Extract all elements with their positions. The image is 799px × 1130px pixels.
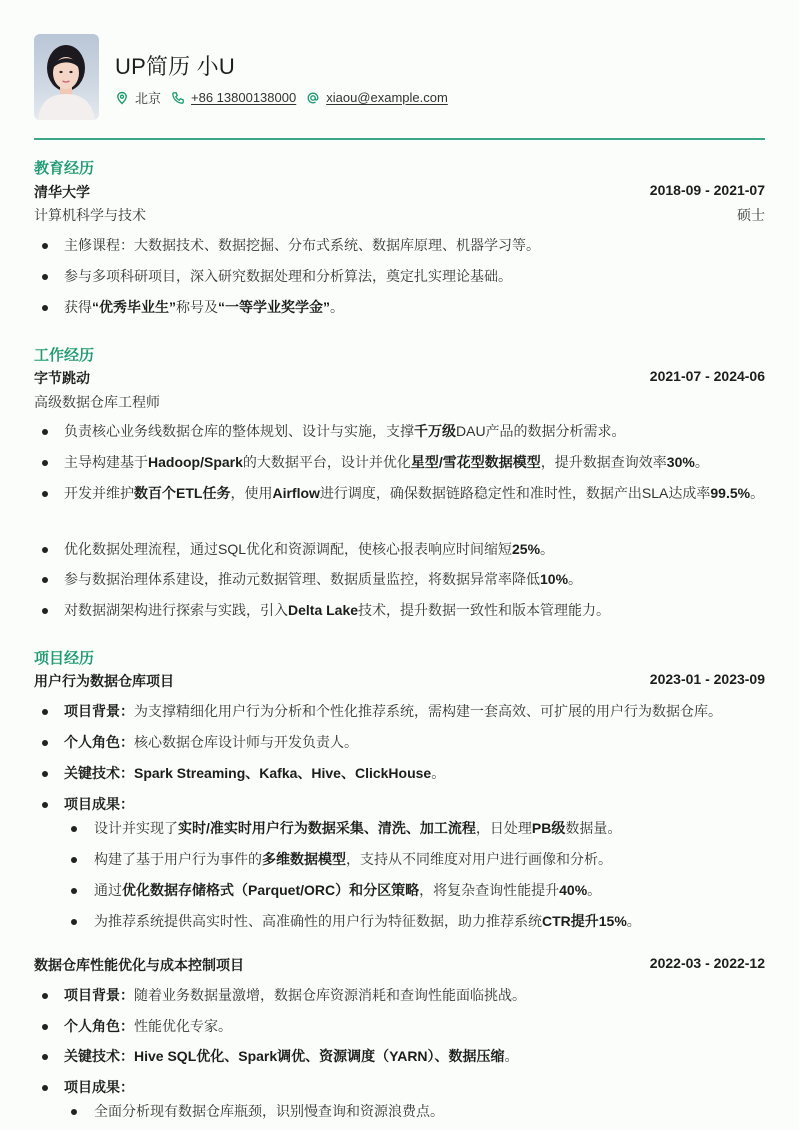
project-bullet: 项目背景：随着业务数据量激增，数据仓库资源消耗和查询性能面临挑战。: [34, 983, 765, 1007]
project-header-row: 用户行为数据仓库项目 2023-01 - 2023-09: [34, 671, 765, 691]
project-header-row: 数据仓库性能优化与成本控制项目 2022-03 - 2022-12: [34, 955, 765, 975]
work-bullet: 参与数据治理体系建设，推动元数据管理、数据质量监控，将数据异常率降低10%。: [34, 567, 765, 591]
project-name: 用户行为数据仓库项目: [34, 671, 174, 691]
email-item[interactable]: xiaou@example.com: [306, 90, 448, 105]
resume-header: UP简历 小U 北京 +86 13800138000: [34, 0, 765, 138]
project-dates: 2022-03 - 2022-12: [650, 955, 765, 975]
location-text: 北京: [135, 88, 161, 107]
project-bullet: 项目成果：: [34, 1075, 765, 1099]
education-dates: 2018-09 - 2021-07: [650, 182, 765, 202]
job-title: 高级数据仓库工程师: [34, 392, 160, 412]
education-bullet: 参与多项科研项目，深入研究数据处理和分析算法，奠定扎实理论基础。: [34, 264, 765, 288]
location-pin-icon: [115, 91, 129, 105]
work-bullet: 负责核心业务线数据仓库的整体规划、设计与实施，支撑千万级DAU产品的数据分析需求…: [34, 419, 765, 443]
candidate-name: UP简历 小U: [115, 50, 235, 81]
project-sub-bullet: 全面分析现有数据仓库瓶颈，识别慢查询和资源浪费点。: [34, 1099, 765, 1123]
education-header-row: 清华大学 2018-09 - 2021-07: [34, 182, 765, 202]
project-bullet: 关键技术：Hive SQL优化、Spark调优、资源调度（YARN）、数据压缩。: [34, 1044, 765, 1068]
project-bullet: 关键技术：Spark Streaming、Kafka、Hive、ClickHou…: [34, 761, 765, 785]
section-title-projects: 项目经历: [34, 647, 94, 668]
education-bullet: 获得“优秀毕业生”称号及“一等学业奖学金”。: [34, 295, 765, 319]
work-sub-row: 高级数据仓库工程师: [34, 392, 765, 412]
work-bullet: 主导构建基于Hadoop/Spark的大数据平台，设计并优化星型/雪花型数据模型…: [34, 450, 765, 474]
company-name: 字节跳动: [34, 368, 90, 388]
project-bullet: 项目背景：为支撑精细化用户行为分析和个性化推荐系统，需构建一套高效、可扩展的用户…: [34, 699, 765, 723]
project-sub-bullet: 构建了基于用户行为事件的多维数据模型，支持从不同维度对用户进行画像和分析。: [34, 847, 765, 871]
project-bullet: 个人角色：核心数据仓库设计师与开发负责人。: [34, 730, 765, 754]
education-bullet: 主修课程：大数据技术、数据挖掘、分布式系统、数据库原理、机器学习等。: [34, 233, 765, 257]
major: 计算机科学与技术: [34, 205, 146, 225]
phone-item[interactable]: +86 13800138000: [171, 90, 296, 105]
work-dates: 2021-07 - 2024-06: [650, 368, 765, 388]
email-link[interactable]: xiaou@example.com: [326, 90, 448, 105]
section-title-education: 教育经历: [34, 157, 94, 178]
contact-info: 北京 +86 13800138000 xiaou@example.com: [115, 88, 458, 107]
at-sign-icon: [306, 91, 320, 105]
work-bullet: 对数据湖架构进行探索与实践，引入Delta Lake技术，提升数据一致性和版本管…: [34, 598, 765, 622]
project-sub-bullet: 通过优化数据存储格式（Parquet/ORC）和分区策略，将复杂查询性能提升40…: [34, 878, 765, 902]
project-name: 数据仓库性能优化与成本控制项目: [34, 955, 244, 975]
location-item: 北京: [115, 88, 161, 107]
project-dates: 2023-01 - 2023-09: [650, 671, 765, 691]
work-bullet: 优化数据处理流程，通过SQL优化和资源调配，使核心报表响应时间缩短25%。: [34, 537, 765, 561]
avatar: [34, 34, 99, 120]
project-bullet: 个人角色：性能优化专家。: [34, 1014, 765, 1038]
section-title-work: 工作经历: [34, 344, 94, 365]
phone-icon: [171, 91, 185, 105]
project-sub-bullet: 设计并实现了实时/准实时用户行为数据采集、清洗、加工流程，日处理PB级数据量。: [34, 816, 765, 840]
work-header-row: 字节跳动 2021-07 - 2024-06: [34, 368, 765, 388]
education-sub-row: 计算机科学与技术 硕士: [34, 205, 765, 225]
degree: 硕士: [737, 205, 765, 225]
project-sub-bullet: 为推荐系统提供高实时性、高准确性的用户行为特征数据，助力推荐系统CTR提升15%…: [34, 909, 765, 933]
work-bullet: 开发并维护数百个ETL任务，使用Airflow进行调度，确保数据链路稳定性和准时…: [34, 481, 765, 505]
school-name: 清华大学: [34, 182, 90, 202]
resume-page: UP简历 小U 北京 +86 13800138000: [34, 0, 765, 138]
project-bullet: 项目成果：: [34, 792, 765, 816]
phone-link[interactable]: +86 13800138000: [191, 90, 296, 105]
header-divider: [34, 138, 765, 140]
